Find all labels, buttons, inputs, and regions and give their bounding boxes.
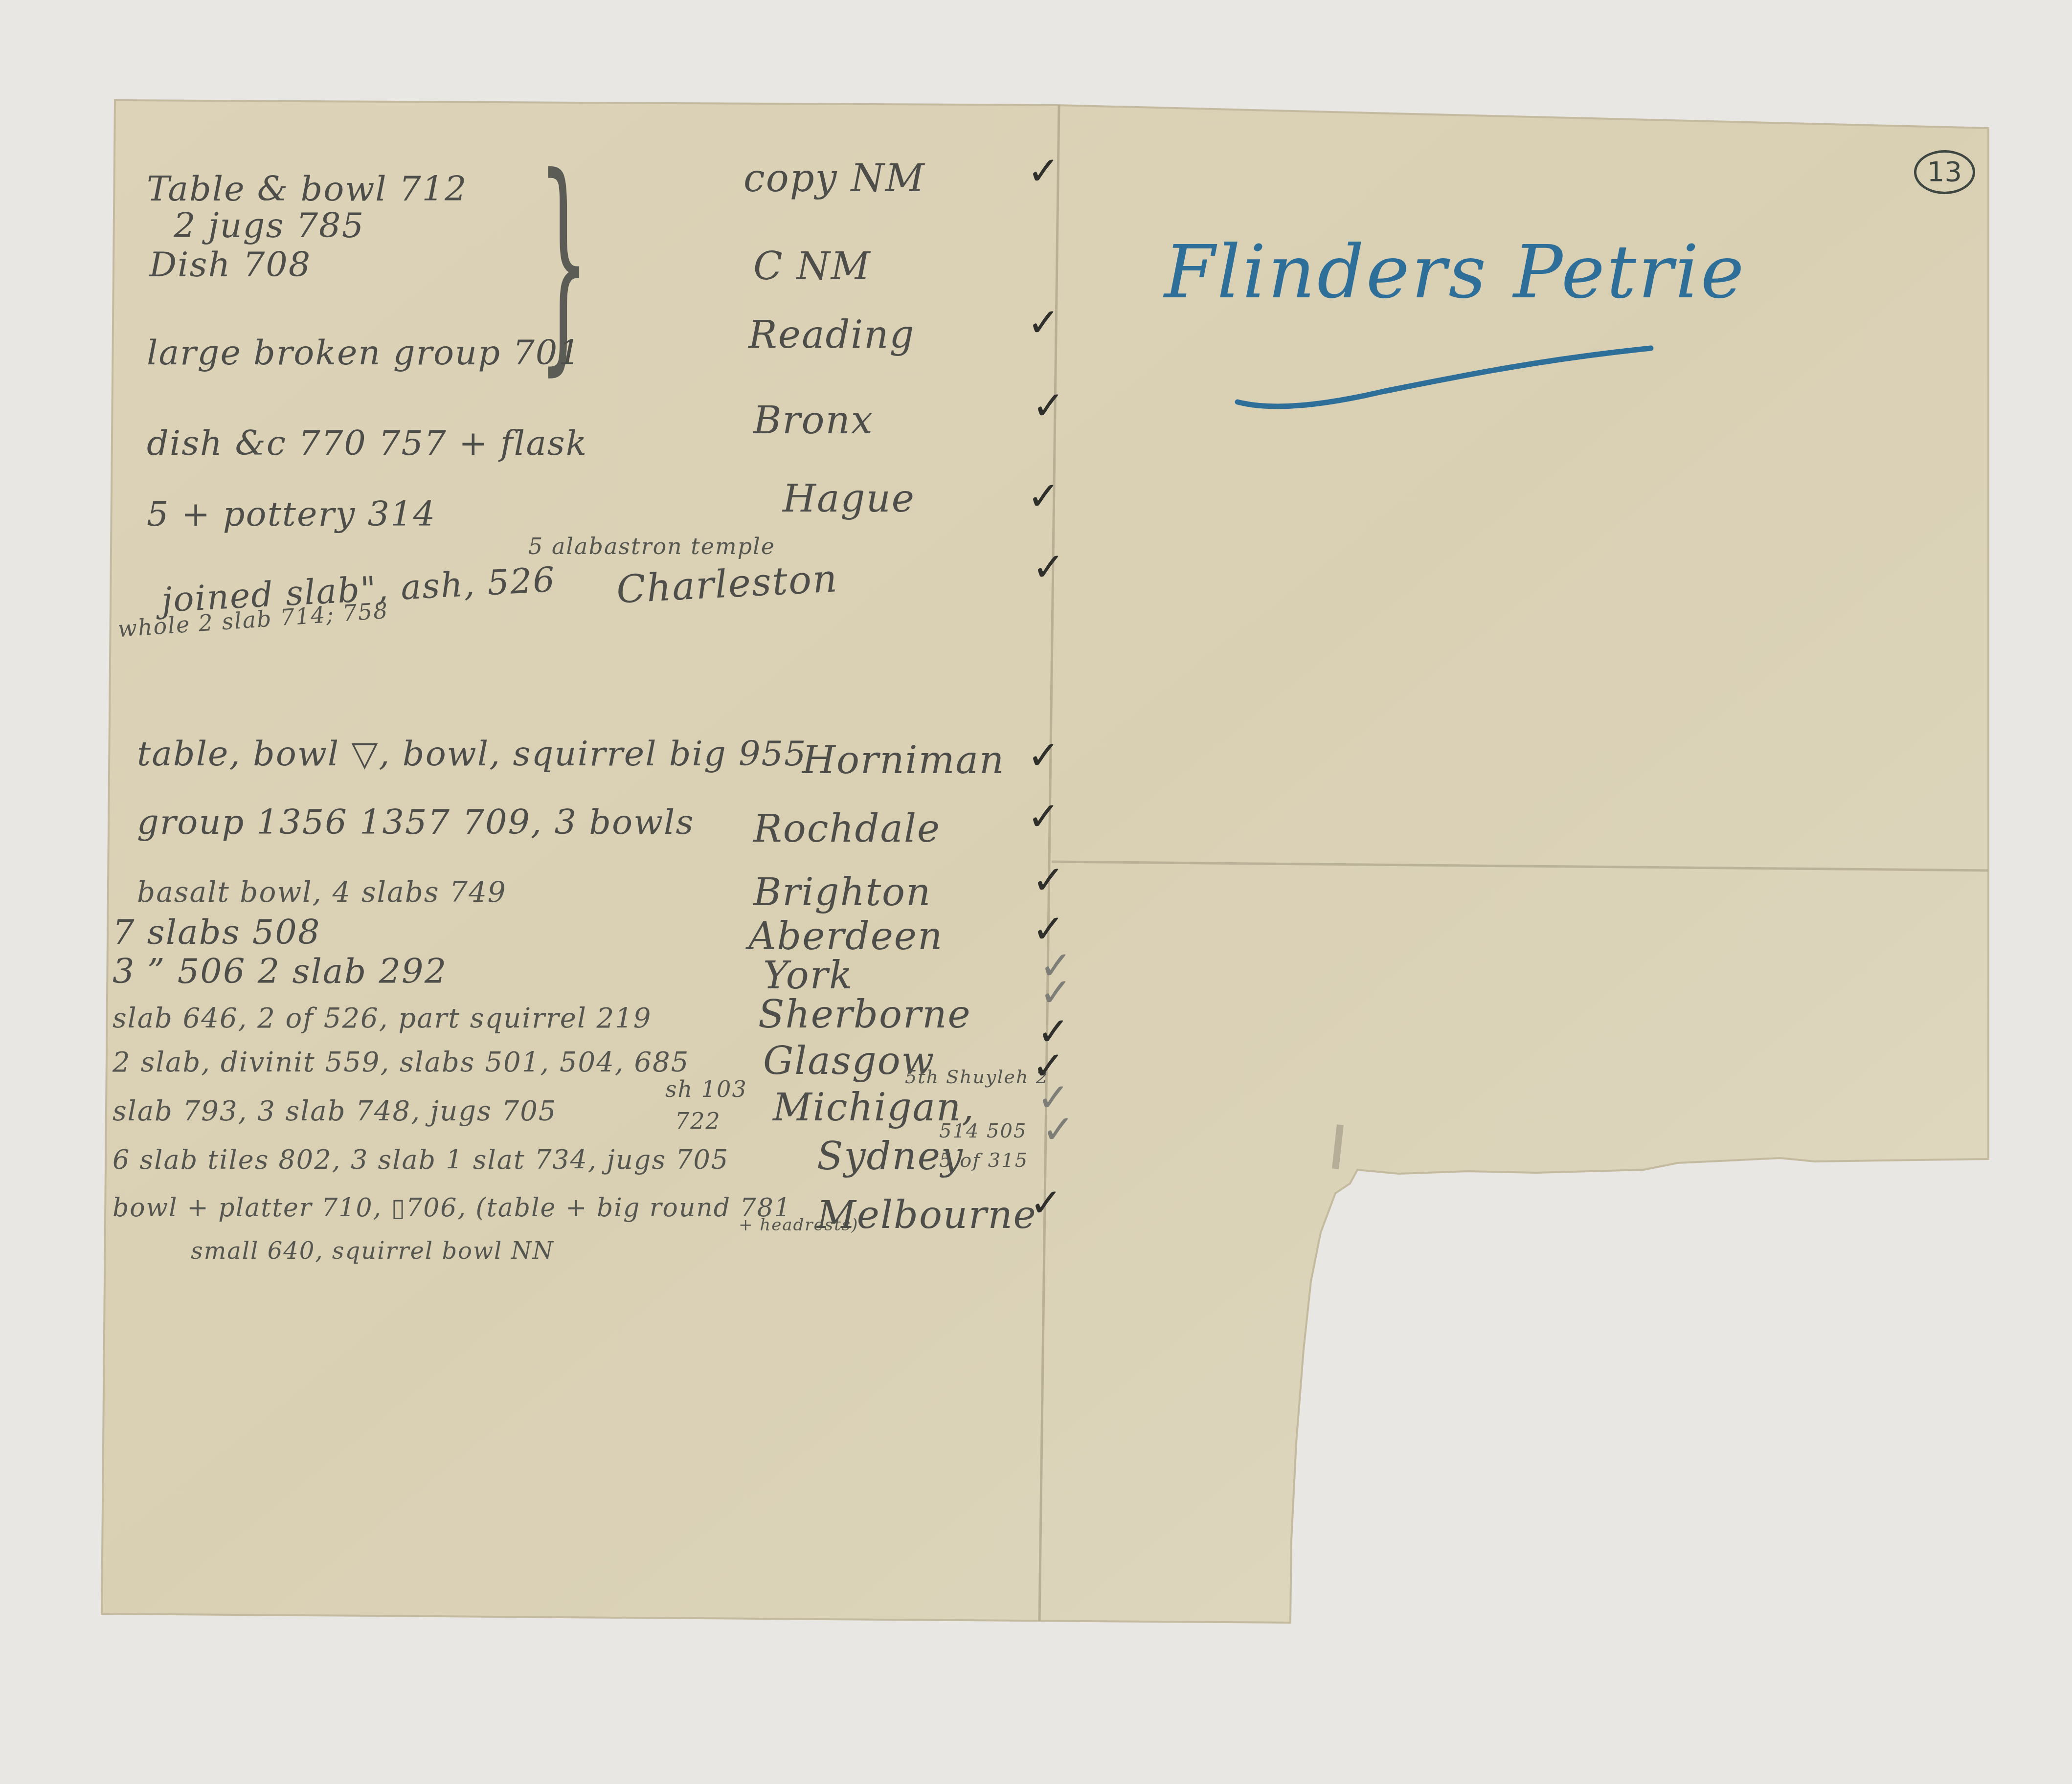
entry-place: Aberdeen: [748, 914, 943, 959]
checkmark-icon: ✓: [1027, 797, 1060, 836]
entry-place: C NM: [753, 245, 871, 289]
entry-item: Table & bowl 712: [147, 169, 468, 209]
entry-place: Horniman: [802, 738, 1005, 782]
checkmark-icon: ✓: [1039, 973, 1072, 1012]
entry-place: Brighton: [753, 870, 931, 914]
entry-place: Bronx: [753, 399, 874, 443]
entry-place-note: 5 of 315: [939, 1149, 1028, 1172]
entry-item: 6 slab tiles 802, 3 slab 1 slat 734, jug…: [113, 1144, 729, 1175]
entry-place: Reading: [748, 313, 915, 357]
checkmark-icon: ✓: [1027, 152, 1060, 191]
entry-item: table, bowl ▽, bowl, squirrel big 955: [137, 734, 807, 774]
entry-item: 7 slabs 508: [113, 912, 320, 952]
entry-item: 2 slab, divinit 559, slabs 501, 504, 685: [113, 1047, 689, 1078]
entry-item: 3 ” 506 2 slab 292: [113, 951, 447, 991]
checkmark-icon: ✓: [1032, 861, 1065, 900]
entry-place: copy NM: [743, 156, 925, 201]
entry-item: slab 646, 2 of 526, part squirrel 219: [113, 1003, 652, 1034]
checkmark-icon: ✓: [1032, 386, 1065, 425]
entry-sub-number: 722: [675, 1108, 721, 1134]
checkmark-icon: ✓: [1027, 736, 1060, 775]
checkmark-icon: ✓: [1027, 477, 1060, 516]
entry-place: Hague: [783, 477, 915, 521]
checkmark-icon: ✓: [1027, 303, 1060, 342]
entry-item: 5 + pottery 314: [147, 494, 436, 534]
entry-item: 2 jugs 785: [174, 205, 364, 245]
entry-item: Dish 708: [149, 245, 311, 285]
entry-place: Rochdale: [753, 807, 941, 851]
entry-place: Melbourne: [817, 1193, 1037, 1237]
entry-item: bowl + platter 710, ▯706, (table + big r…: [113, 1193, 791, 1223]
folio-number: 13: [1914, 150, 1975, 194]
checkmark-icon: ✓: [1030, 1183, 1062, 1223]
checkmark-icon: ✓: [1032, 548, 1065, 587]
entry-item: basalt bowl, 4 slabs 749: [137, 875, 507, 909]
entry-item: slab 793, 3 slab 748, jugs 705: [113, 1095, 557, 1127]
entry-place: York: [763, 954, 853, 998]
entry-item: small 640, squirrel bowl NN: [191, 1237, 554, 1265]
document-scan: 13 Flinders Petrie } Table & bowl 712 2 …: [0, 0, 2072, 1784]
entry-annotation: 5 alabastron temple: [528, 533, 775, 559]
checkmark-icon: ✓: [1042, 1110, 1075, 1149]
entry-place-note: 5th Shuyleh 2: [905, 1066, 1049, 1088]
signature-flinders-petrie: Flinders Petrie: [1164, 230, 1746, 315]
entry-annotation: sh 103: [665, 1076, 747, 1102]
entry-place: Sherborne: [758, 993, 971, 1037]
entry-item: group 1356 1357 709, 3 bowls: [137, 802, 694, 842]
entry-item: large broken group 701: [147, 333, 581, 373]
entry-item: dish &c 770 757 + flask: [147, 423, 587, 463]
entry-place-note: 514 505: [939, 1120, 1027, 1142]
